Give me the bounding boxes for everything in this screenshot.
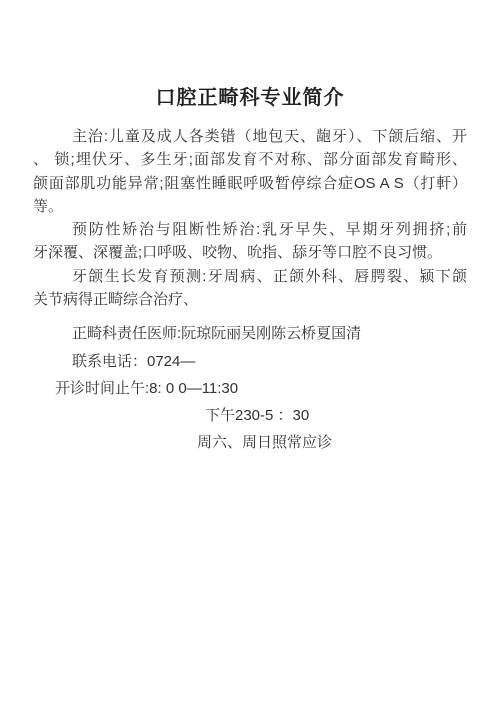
- document-body: 主治:儿童及成人各类错（地包天、龅牙）、下颌后缩、开 、 锁;埋伏牙、多生牙;面…: [33, 125, 467, 456]
- hours-morning-line: 开诊时间止午:8: 0 0—11:30: [55, 375, 467, 402]
- document-page: 口腔正畸科专业简介 主治:儿童及成人各类错（地包天、龅牙）、下颌后缩、开 、 锁…: [0, 0, 500, 708]
- phone-line: 联系电话：0724—: [72, 348, 467, 375]
- hours-afternoon-line: 下午230-5 ：30: [205, 402, 467, 429]
- paragraph-2-line-2: 牙深覆、深覆盖;口呼吸、咬物、吮指、舔牙等口腔不良习惯。: [33, 241, 467, 264]
- paragraph-3-line-2: 关节病得正畸综合治疗、: [33, 288, 467, 311]
- page-title: 口腔正畸科专业简介: [33, 84, 467, 112]
- paragraph-1-line-1: 主治:儿童及成人各类错（地包天、龅牙）、下颌后缩、开: [33, 125, 467, 148]
- paragraph-1-line-4: 等。: [33, 195, 467, 218]
- paragraph-3-line-1: 牙颌生长发育预测:牙周病、正颌外科、唇腭裂、颍下颌: [33, 265, 467, 288]
- contact-info-block: 正畸科责任医师:阮琼阮丽吴刚陈云桥夏国清 联系电话：0724— 开诊时间止午:8…: [33, 320, 467, 456]
- paragraph-2-line-1: 预防性矫治与阻断性矫治:乳牙早失、早期牙列拥挤;前: [33, 218, 467, 241]
- weekend-notice-line: 周六、周日照常应诊: [197, 429, 467, 456]
- doctors-line: 正畸科责任医师:阮琼阮丽吴刚陈云桥夏国清: [72, 320, 467, 347]
- paragraph-1-line-3: 颌面部肌功能异常;阻塞性睡眠呼吸暂停综合症OS A S（打軒）: [33, 172, 467, 195]
- paragraph-1-line-2: 、 锁;埋伏牙、多生牙;面部发育不对称、部分面部发育畸形、: [33, 148, 467, 171]
